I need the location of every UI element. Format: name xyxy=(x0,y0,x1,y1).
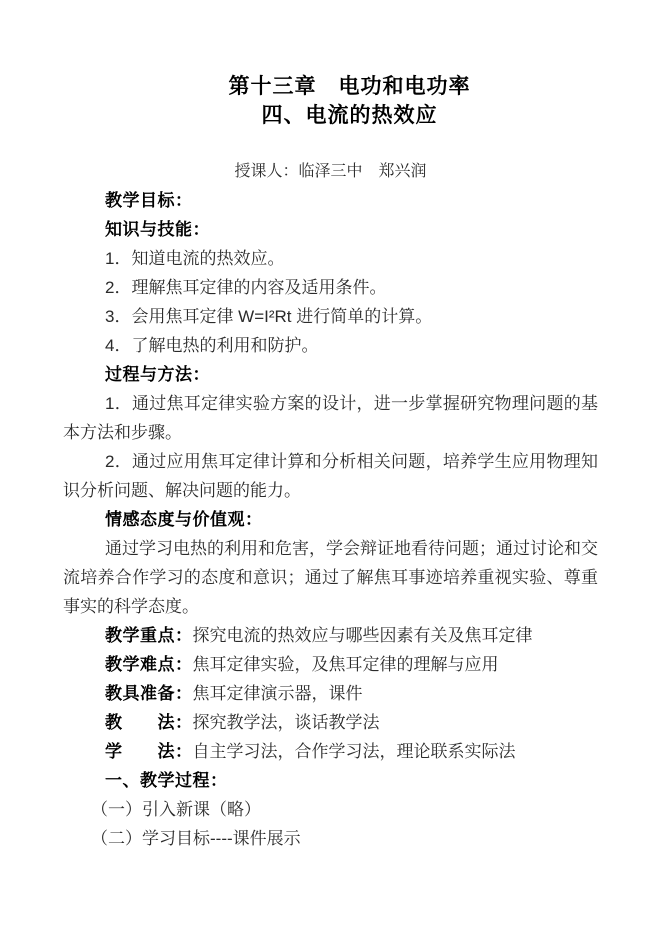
info-row-difficulties: 教学难点：焦耳定律实验，及焦耳定律的理解与应用 xyxy=(63,650,598,679)
lesson-title: 四、电流的热效应 xyxy=(82,101,617,130)
heading-teaching-objectives: 教学目标： xyxy=(63,186,598,215)
knowledge-item-1: 1．知道电流的热效应。 xyxy=(63,244,598,273)
chapter-title: 第十三章 电功和电功率 xyxy=(82,72,617,101)
heading-teaching-process: 一、教学过程： xyxy=(63,766,598,795)
info-row-teaching-aids: 教具准备：焦耳定律演示器，课件 xyxy=(63,679,598,708)
process-step-2: （二）学习目标----课件展示 xyxy=(63,824,598,853)
emotion-paragraph: 通过学习电热的利用和危害，学会辩证地看待问题；通过讨论和交流培养合作学习的态度和… xyxy=(63,534,598,621)
knowledge-item-2: 2．理解焦耳定律的内容及适用条件。 xyxy=(63,273,598,302)
heading-emotion-values: 情感态度与价值观： xyxy=(63,505,598,534)
info-value-learning-method: 自主学习法，合作学习法，理论联系实际法 xyxy=(193,742,516,761)
info-value-key-points: 探究电流的热效应与哪些因素有关及焦耳定律 xyxy=(193,626,533,645)
info-label-difficulties: 教学难点： xyxy=(105,655,193,674)
info-row-teaching-method: 教 法：探究教学法，谈话教学法 xyxy=(63,708,598,737)
info-label-teaching-aids: 教具准备： xyxy=(105,684,193,703)
heading-process-methods: 过程与方法： xyxy=(63,360,598,389)
process-item-1: 1．通过焦耳定律实验方案的设计，进一步掌握研究物理问题的基本方法和步骤。 xyxy=(63,389,598,447)
info-value-teaching-aids: 焦耳定律演示器，课件 xyxy=(193,684,363,703)
knowledge-item-3: 3．会用焦耳定律 W=I²Rt 进行简单的计算。 xyxy=(63,302,598,331)
document-page: 第十三章 电功和电功率 四、电流的热效应 授课人：临泽三中 郑兴润 教学目标： … xyxy=(0,0,661,935)
info-value-teaching-method: 探究教学法，谈话教学法 xyxy=(193,713,380,732)
info-label-learning-method: 学 法： xyxy=(105,742,193,761)
info-row-learning-method: 学 法：自主学习法，合作学习法，理论联系实际法 xyxy=(63,737,598,766)
heading-knowledge-skills: 知识与技能： xyxy=(63,215,598,244)
presenter-line: 授课人：临泽三中 郑兴润 xyxy=(63,157,598,186)
document-header: 第十三章 电功和电功率 四、电流的热效应 xyxy=(82,72,617,130)
info-row-key-points: 教学重点：探究电流的热效应与哪些因素有关及焦耳定律 xyxy=(63,621,598,650)
info-label-key-points: 教学重点： xyxy=(105,626,193,645)
knowledge-item-4: 4．了解电热的利用和防护。 xyxy=(63,331,598,360)
process-step-1: （一）引入新课（略） xyxy=(63,795,598,824)
info-value-difficulties: 焦耳定律实验，及焦耳定律的理解与应用 xyxy=(193,655,499,674)
process-item-2: 2．通过应用焦耳定律计算和分析相关问题，培养学生应用物理知识分析问题、解决问题的… xyxy=(63,447,598,505)
info-label-teaching-method: 教 法： xyxy=(105,713,193,732)
